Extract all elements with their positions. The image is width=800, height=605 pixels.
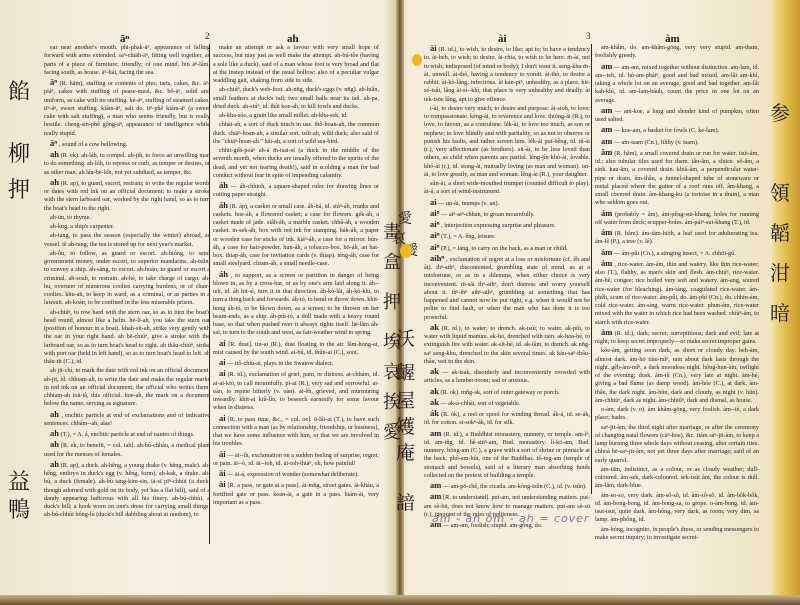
dictionary-entry: am — am-am, mixed together without disti… <box>595 62 759 105</box>
dictionary-entry: áh (R. áp), a casket or small case. áh-b… <box>213 201 379 269</box>
entry-definition: (R. id.), dark; secret; surreptitious; d… <box>595 330 759 345</box>
left-page: āⁿ 2 ah 餡 柳 押 益 鴨 ear near another's mou… <box>0 0 398 595</box>
entry-definition: , interjection expressing surprise and p… <box>441 222 556 229</box>
entry-definition: — tiô-chiu-ai, plays in the Swatow diale… <box>227 360 333 367</box>
entry-definition: (R. ok). mn̂g-ak, sort of outer gateway … <box>441 389 560 396</box>
dictionary-entry: àm-hóng, incognito, in people's dress, o… <box>595 526 759 543</box>
margin-chinese-char: 鴨 <box>8 498 30 524</box>
dictionary-entry: ah-tang, to pass the season (especially … <box>44 232 210 249</box>
entry-definition: ah-chiúⁿ, duck's web-foot. ah-nn̄g, duck… <box>213 86 379 110</box>
entry-definition: àm-tām, indistinct, as a colour, or as c… <box>595 466 759 490</box>
entry-definition: (R. hâm), a small covered drain or run f… <box>595 150 759 207</box>
entry-definition: , to support, as a screen or partition i… <box>213 272 379 337</box>
column-divider <box>209 44 210 544</box>
entry-definition: sûn-ài, a short wide-mouthed trumpet (co… <box>424 180 590 195</box>
dictionary-entry: ám — ám-pûi (Cn.), a stinging insect, = … <box>595 248 759 258</box>
entry-definition: (R. hâm). ám-tàm-hiòh, a leaf used for a… <box>595 230 759 245</box>
entry-definition: — am-koe, a long and slender kind of pum… <box>595 108 759 123</box>
dictionary-entry: ai — tiô-chiu-ai, plays in the Swatow di… <box>213 358 379 368</box>
entry-definition: (R. ap), a duck. ah-hêng, a young drake … <box>44 462 210 519</box>
entry-definition: [R. dust]. tin-ai (R.), dust floating in… <box>213 341 379 356</box>
entry-headword: āi <box>219 468 226 478</box>
entry-headword: ah <box>50 149 59 159</box>
entry-definition: — ak-tsak, disorderly and inconveniently… <box>424 369 590 384</box>
entry-definition: [R. to pass time, &c., = col. oe]. ū-lâi… <box>213 416 379 448</box>
entry-definition: make an attempt or ask a favour with ver… <box>213 44 379 84</box>
margin-chinese-char: 泔 <box>770 260 790 286</box>
entry-headword: ak <box>430 386 439 396</box>
entry-definition: ear near another's mouth. phi-phak-āⁿ, a… <box>44 44 210 76</box>
entry-headword: ai <box>430 197 437 207</box>
entry-headword: ai <box>219 338 226 348</box>
entry-headword: ah <box>50 428 59 438</box>
dictionary-entry: ám (probably = âm), ám-pêng-sui-khang, h… <box>595 209 759 228</box>
entry-definition: saⁿ-jit-àm, the third night after marria… <box>595 424 759 464</box>
dictionary-entry: ear near another's mouth. phi-phak-āⁿ, a… <box>44 44 210 77</box>
entry-definition: (probably = âm), ám-pêng-sui-khang, hole… <box>595 211 759 226</box>
margin-chinese-char: 韜 <box>770 220 790 246</box>
entry-headword: ak <box>430 397 439 407</box>
dictionary-entry: ám , rice-water. ám-ám, thin and watery,… <box>595 259 759 327</box>
dictionary-entry: ah-kng, a ship's carpenter. <box>44 223 210 231</box>
entry-headword: ah <box>50 459 59 469</box>
dictionary-entry: ak — ak-á-chhài, sort of vegetable. <box>424 398 590 408</box>
entry-definition: àm-hóng, incognito, in people's dress, o… <box>595 526 759 541</box>
entry-definition: — áh-chhioh, a square-shaped ruler for d… <box>213 183 379 198</box>
entry-definition: (R. id.), to wish, to desire, to like; a… <box>424 46 590 103</box>
dictionary-entry: ah [R. ek, to benefit, = col. iah]. ah-b… <box>44 440 210 459</box>
entry-headword: ai <box>219 357 226 367</box>
entry-definition: (R. id.), to water; to drench. ak-tsúi, … <box>424 325 590 365</box>
entry-definition: ah-ûu, to follow, as guard or escort. ah… <box>44 250 210 307</box>
entry-headword: am <box>601 61 612 71</box>
entry-headword: aiⁿ <box>430 219 440 229</box>
entry-headword: aihⁿ <box>430 253 444 263</box>
entry-definition: — ám-pûi (Cn.), a stinging insect, = A. … <box>614 250 736 257</box>
dictionary-entry: ah (R. ek). ah-láh, to compel. ah-jih, t… <box>44 150 210 177</box>
entry-definition: (R. áp), a casket or small case. áh-bá, … <box>213 203 379 268</box>
dictionary-entry: āi — āi-á, expression of wonder (somewha… <box>213 469 379 479</box>
dictionary-entry: ák (R. ók), a reel or spool for winding … <box>424 409 590 428</box>
dictionary-entry: make an attempt or ask a favour with ver… <box>213 44 379 85</box>
entry-definition: , rice-water. ám-ám, thin and watery, li… <box>595 261 759 326</box>
handwritten-note: am - ah o͘m - ah = cover <box>432 512 590 525</box>
entry-headword: ah <box>50 439 59 449</box>
entry-definition: — am-am, mixed together without distinct… <box>595 64 759 104</box>
dictionary-entry: chhit-géh-poàⁿ ah-á m̄-tsai-sí (a duck i… <box>213 147 379 180</box>
dictionary-entry: âm (R. hâm), a small covered drain or ru… <box>595 148 759 208</box>
dictionary-entry: i-ài, to desire very much; to desire and… <box>424 105 590 179</box>
entry-headword: aiⁿ <box>430 208 440 218</box>
margin-chinese-char: 参 <box>770 100 790 126</box>
entry-headword: ák <box>430 408 439 418</box>
dictionary-entry: ak — ak-tsak, disorderly and inconvenien… <box>424 367 590 386</box>
right-page-column-1: ài (R. id.), to wish, to desire, to like… <box>424 44 590 531</box>
entry-definition: (T.), = A. á, enclitic particle at end o… <box>61 431 195 438</box>
dictionary-entry: chhài-ah, a sort of duck much in use. th… <box>213 121 379 146</box>
left-page-number: 2 <box>205 31 210 41</box>
dictionary-entry: ai [R. dust]. tin-ai (R.), dust floating… <box>213 339 379 358</box>
entry-definition: am-khâm, do. am-khâm-gōng, very very stu… <box>595 44 759 59</box>
entry-headword: áh <box>219 200 228 210</box>
dictionary-entry: o-àm, dark (v. o). àm khâm-gōng, very fo… <box>595 406 759 423</box>
entry-definition: — aiⁿ-aiⁿ-chhan, to groan mournfully. <box>441 211 535 218</box>
dictionary-entry: ah (T.), = A. á, enclitic particle at en… <box>44 429 210 439</box>
dictionary-entry: saⁿ-jit-àm, the third night after marria… <box>595 424 759 465</box>
entry-headword: âm <box>601 147 612 157</box>
entry-definition: ah-chiúⁿ, to row hard with the stern oar… <box>44 309 210 366</box>
entry-definition: — āi--ìh, exclamation on a sudden feelin… <box>213 452 379 467</box>
dictionary-entry: aiⁿ — aiⁿ-aiⁿ-chhan, to groan mournfully… <box>424 209 590 219</box>
dictionary-entry: am (R. id.), a Buddhist monastery, nunne… <box>424 429 590 481</box>
entry-headword: āⁿ <box>50 138 57 148</box>
dictionary-entry: kôe-àm, getting soon dark, as short or c… <box>595 347 759 405</box>
dictionary-entry: ah (R. ap), a duck. ah-hêng, a young dra… <box>44 460 210 520</box>
entry-headword: am <box>601 136 612 146</box>
dictionary-entry: ám (R. hâm). ám-tàm-hiòh, a leaf used fo… <box>595 228 759 247</box>
entry-definition: ah-ūn, to rhyme. <box>50 214 91 221</box>
entry-headword: áh <box>219 180 228 190</box>
dictionary-entry: am — am-tsam (Cn.), filthy (v. tsam). <box>595 137 759 147</box>
entry-definition: i-ài, to desire very much; to desire and… <box>424 105 590 178</box>
dictionary-entry: āⁿ , sound of a cow bellowing. <box>44 139 210 149</box>
entry-definition: ah-kng, a ship's carpenter. <box>50 223 114 230</box>
entry-definition: — am-tsam (Cn.), filthy (v. tsam). <box>614 139 699 146</box>
dictionary-entry: ah-ûu, to follow, as guard or escort. ah… <box>44 250 210 308</box>
entry-headword: áh <box>219 269 228 279</box>
page-bottom-edge <box>0 595 800 605</box>
gutter-char: 押 <box>383 290 401 316</box>
entry-definition: — un-ài, mumps (v. un). <box>438 200 499 207</box>
dictionary-entry: ah-ūn, to rhyme. <box>44 214 210 222</box>
entry-headword: ài <box>430 43 437 53</box>
dictionary-entry: ah-kha-sóe, a grain like small millet. a… <box>213 112 379 120</box>
entry-definition: (R. ap), to guard, escort, restrain; to … <box>44 180 210 212</box>
entry-headword: ah <box>50 409 59 419</box>
entry-headword: ám <box>601 227 612 237</box>
dictionary-entry: ah-chiúⁿ, to row hard with the stern oar… <box>44 309 210 367</box>
entry-headword: am <box>430 480 441 490</box>
margin-chinese-char: 押 <box>8 178 30 204</box>
column-divider <box>591 44 592 494</box>
entry-definition: (T.), = A. êng, leisure. <box>441 233 495 240</box>
margin-chinese-char: 柳 <box>8 142 30 168</box>
entry-definition: (R. ek). ah-láh, to compel. ah-jih, to f… <box>44 152 210 176</box>
left-page-column-2: make an attempt or ask a favour with ver… <box>213 44 379 508</box>
entry-headword: ám <box>601 258 612 268</box>
dictionary-entry: ai — un-ài, mumps (v. un). <box>424 198 590 208</box>
dictionary-entry: ah jit-chí, to mark the date with red in… <box>44 367 210 408</box>
entry-headword: aiⁿ <box>430 230 440 240</box>
dictionary-entry: àm (R. id.), dark; secret; surreptitious… <box>595 328 759 347</box>
entry-definition: chhài-ah, a sort of duck much in use. th… <box>213 121 379 145</box>
entry-headword: āⁿ <box>50 77 57 87</box>
dictionary-entry: am — am-pō-chê, the cicada. am-kóng-tsûn… <box>424 481 590 491</box>
dictionary-entry: àm-tām, indistinct, as a colour, or as c… <box>595 466 759 491</box>
entry-headword: ai <box>219 368 226 378</box>
entry-definition: ah-tang, to pass the season (especially … <box>44 232 210 247</box>
dictionary-entry: āⁿ (R. hām), stuffing or contents of pie… <box>44 78 210 138</box>
entry-definition: chhit-géh-poàⁿ ah-á m̄-tsai-sí (a duck i… <box>213 147 379 179</box>
entry-headword: ài <box>219 479 226 489</box>
dictionary-entry: aiⁿ (P.), = iāng, to carry on the back, … <box>424 243 590 253</box>
entry-definition: , enclitic particle at end of exclamatio… <box>44 412 210 427</box>
entry-headword: am <box>430 428 441 438</box>
entry-definition: [R. a pass, or gate at a pass]. ài-mn̂g,… <box>213 482 379 506</box>
entry-definition: , sound of a cow bellowing. <box>59 141 128 148</box>
right-page-column-2: am-khâm, do. am-khâm-gōng, very very stu… <box>595 44 759 543</box>
dictionary-entry: ài (R. id.), to wish, to desire, to like… <box>424 44 590 104</box>
entry-definition: àm-so-so, very dark. àm-sô-sô, id. àm-sô… <box>595 492 759 524</box>
entry-definition: (R. id.), a Buddhist monastery, nunnery,… <box>424 431 590 479</box>
margin-chinese-char: 暗 <box>770 300 790 326</box>
right-page-number: 3 <box>586 31 591 41</box>
entry-headword: am <box>430 491 441 501</box>
entry-definition: ah jit-chí, to mark the date with red in… <box>44 367 210 407</box>
dictionary-entry: ai (R. id.), exclamation of grief, pain,… <box>213 369 379 412</box>
dictionary-entry: ài [R. a pass, or gate at a pass]. ài-mn… <box>213 480 379 507</box>
dictionary-entry: āi — āi--ìh, exclamation on a sudden fee… <box>213 450 379 469</box>
dictionary-entry: ak (R. ok). mn̂g-ak, sort of outer gatew… <box>424 387 590 397</box>
entry-definition: (P.), = iāng, to carry on the back, as a… <box>441 245 567 252</box>
entry-definition: [R. ek, to benefit, = col. iah]. ah-bû-c… <box>44 442 210 457</box>
entry-headword: ak <box>430 366 439 376</box>
entry-definition: — āi-á, expression of wonder (somewhat d… <box>227 471 359 478</box>
dictionary-entry: áh — áh-chhioh, a square-shaped ruler fo… <box>213 181 379 200</box>
entry-headword: am <box>601 105 612 115</box>
entry-definition: — koe-am, a basket for fowls (C. ke-lam)… <box>614 127 719 134</box>
entry-definition: (R. hām), stuffing or contents of pies, … <box>44 80 210 137</box>
dictionary-entry: ai [R. to pass time, &c., = col. oe]. ū-… <box>213 414 379 449</box>
entry-headword: ám <box>601 208 612 218</box>
gutter-char: 盒 <box>383 250 401 276</box>
entry-definition: — ak-á-chhài, sort of vegetable. <box>441 400 521 407</box>
dictionary-entry: am-khâm, do. am-khâm-gōng, very very stu… <box>595 44 759 61</box>
margin-chinese-char: 餡 <box>8 80 30 106</box>
entry-headword: āi <box>219 449 226 459</box>
entry-headword: ak <box>430 322 439 332</box>
dictionary-entry: aihⁿ , exclamation of regret at a loss o… <box>424 254 590 322</box>
margin-chinese-char: 益 <box>8 470 30 496</box>
entry-headword: ah <box>50 177 59 187</box>
dictionary-entry: ah , enclitic particle at end of exclama… <box>44 410 210 429</box>
dictionary-spread: āⁿ 2 ah 餡 柳 押 益 鴨 ear near another's mou… <box>0 0 800 605</box>
dictionary-entry: am — am-koe, a long and slender kind of … <box>595 106 759 125</box>
entry-headword: àm <box>601 327 612 337</box>
entry-headword: ám <box>601 247 612 257</box>
left-page-column-1: ear near another's mouth. phi-phak-āⁿ, a… <box>44 44 210 521</box>
dictionary-entry: aiⁿ (T.), = A. êng, leisure. <box>424 231 590 241</box>
entry-definition: kôe-àm, getting soon dark, as short or c… <box>595 347 759 404</box>
dictionary-entry: ak (R. id.), to water; to drench. ak-tsú… <box>424 323 590 366</box>
dictionary-entry: sûn-ài, a short wide-mouthed trumpet (co… <box>424 180 590 197</box>
dictionary-entry: àm-so-so, very dark. àm-sô-sô, id. àm-sô… <box>595 492 759 525</box>
dictionary-entry: aiⁿ , interjection expressing surprise a… <box>424 220 590 230</box>
entry-definition: — am-pō-chê, the cicada. am-kóng-tsûn (C… <box>443 483 587 490</box>
entry-definition: ah-kha-sóe, a grain like small millet. a… <box>219 112 348 119</box>
right-page: ài 3 àm ài (R. id.), to wish, to desire,… <box>402 0 800 595</box>
entry-headword: aiⁿ <box>430 242 440 252</box>
entry-definition: o-àm, dark (v. o). àm khâm-gōng, very fo… <box>595 406 759 421</box>
entry-definition: (R. id.), exclamation of grief, pain, or… <box>213 371 379 411</box>
dictionary-entry: am — koe-am, a basket for fowls (C. ke-l… <box>595 125 759 135</box>
entry-headword: ai <box>219 413 226 423</box>
dictionary-entry: ah-chiúⁿ, duck's web-foot. ah-nn̄g, duck… <box>213 86 379 111</box>
dictionary-entry: ah (R. ap), to guard, escort, restrain; … <box>44 178 210 213</box>
entry-definition: (R. ók), a reel or spool for winding thr… <box>424 411 590 426</box>
dictionary-entry: áh , to support, as a screen or partitio… <box>213 270 379 338</box>
entry-headword: am <box>601 124 612 134</box>
margin-chinese-char: 領 <box>770 180 790 206</box>
entry-definition: , exclamation of regret at a loss or mis… <box>424 256 590 321</box>
